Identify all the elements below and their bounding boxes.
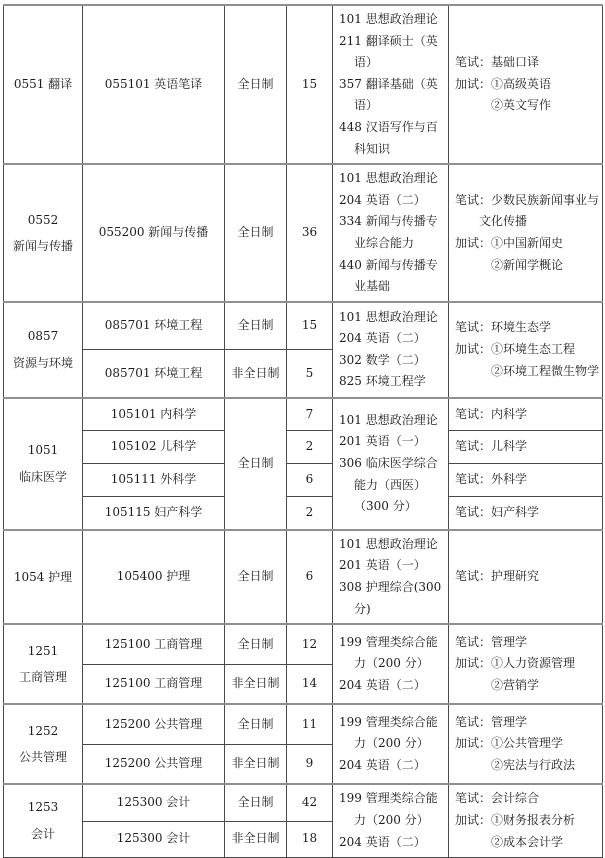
category-cell: 1253 会计 [4, 784, 83, 857]
category-line: 工商管理 [5, 664, 81, 690]
program-cell: 055101 英语笔译 [83, 5, 225, 164]
exam-subject-item: 199 管理类综合能力（200 分） [339, 632, 446, 675]
exam-subject-item: 204 英语（二） [339, 755, 446, 777]
retest-line: 笔试：护理研究 [455, 566, 600, 588]
retest-cell: 笔试：管理学 加试：①公共管理学 ②宪法与行政法 [449, 704, 603, 784]
program-cell: 125100 工商管理 [83, 624, 225, 664]
exam-subjects-cell: 199 管理类综合能力（200 分） 204 英语（二） [333, 784, 449, 857]
retest-line: 笔试：环境生态学 [455, 317, 600, 339]
exam-subject-item: 211 翻译硕士（英语） [339, 31, 446, 74]
program-cell: 105101 内科学 [83, 398, 225, 431]
study-mode-cell: 全日制 [225, 5, 287, 164]
admissions-table: 0551 翻译 055101 英语笔译 全日制 15 101 思想政治理论 21… [3, 4, 603, 858]
exam-subject-item: 101 思想政治理论 [339, 410, 446, 432]
retest-line: ②环境工程微生物学 [455, 361, 600, 383]
category-line: 资源与环境 [5, 350, 81, 376]
study-mode-cell: 非全日制 [225, 821, 287, 857]
category-line: 新闻与传播 [5, 233, 81, 259]
study-mode-cell: 非全日制 [225, 744, 287, 784]
category-line: 0551 翻译 [5, 71, 81, 97]
exam-subjects-cell: 199 管理类综合能力（200 分） 204 英语（二） [333, 624, 449, 704]
retest-cell: 笔试：会计综合 加试：①财务报表分析 ②成本会计学 [449, 784, 603, 857]
category-line: 1051 [5, 437, 81, 463]
retest-line: 笔试：妇产科学 [455, 502, 600, 524]
retest-cell: 笔试：环境生态学 加试：①环境生态工程 ②环境工程微生物学 [449, 302, 603, 398]
exam-subject-item: 201 英语（一） [339, 431, 446, 453]
table-row: 1054 护理 105400 护理 全日制 6 101 思想政治理论 201 英… [4, 530, 603, 624]
retest-line: 加试：①高级英语 [455, 74, 600, 96]
quota-cell: 15 [287, 302, 333, 350]
category-line: 0552 [5, 207, 81, 233]
quota-cell: 6 [287, 530, 333, 624]
program-cell: 055200 新闻与传播 [83, 164, 225, 302]
exam-subjects-cell: 199 管理类综合能力（200 分） 204 英语（二） [333, 704, 449, 784]
retest-cell: 笔试：管理学 加试：①人力资源管理 ②营销学 [449, 624, 603, 704]
table-row: 0857 资源与环境 085701 环境工程 全日制 15 101 思想政治理论… [4, 302, 603, 350]
retest-cell: 笔试：儿科学 [449, 431, 603, 464]
program-cell: 125100 工商管理 [83, 664, 225, 704]
category-cell: 1051 临床医学 [4, 398, 83, 530]
document-page: { "groups": [ { "category": ["0551 翻译"],… [0, 0, 605, 810]
study-mode-cell: 非全日制 [225, 350, 287, 398]
quota-cell: 12 [287, 624, 333, 664]
retest-line: 笔试：基础口译 [455, 52, 600, 74]
category-line: 会计 [5, 821, 81, 847]
program-cell: 125200 公共管理 [83, 744, 225, 784]
exam-subjects-cell: 101 思想政治理论 201 英语（一） 308 护理综合(300 分) [333, 530, 449, 624]
retest-line: 加试：①财务报表分析 [455, 810, 600, 832]
exam-subjects-cell: 101 思想政治理论 201 英语（一） 306 临床医学综合能力（西医）（30… [333, 398, 449, 530]
category-line: 0857 [5, 323, 81, 349]
program-cell: 105111 外科学 [83, 464, 225, 497]
quota-cell: 15 [287, 5, 333, 164]
exam-subjects-cell: 101 思想政治理论 204 英语（二） 302 数学（二） 825 环境工程学 [333, 302, 449, 398]
retest-line: 笔试：会计综合 [455, 788, 600, 810]
exam-subject-item: 101 思想政治理论 [339, 534, 446, 556]
table-row: 0551 翻译 055101 英语笔译 全日制 15 101 思想政治理论 21… [4, 5, 603, 164]
table-row: 1251 工商管理 125100 工商管理 全日制 12 199 管理类综合能力… [4, 624, 603, 664]
quota-cell: 18 [287, 821, 333, 857]
exam-subject-item: 308 护理综合(300 分) [339, 577, 446, 620]
program-cell: 125300 会计 [83, 821, 225, 857]
program-cell: 125300 会计 [83, 784, 225, 821]
table-row: 1252 公共管理 125200 公共管理 全日制 11 199 管理类综合能力… [4, 704, 603, 744]
category-cell: 1054 护理 [4, 530, 83, 624]
exam-subject-item: 101 思想政治理论 [339, 168, 446, 190]
quota-cell: 11 [287, 704, 333, 744]
category-cell: 0857 资源与环境 [4, 302, 83, 398]
table-row: 0552 新闻与传播 055200 新闻与传播 全日制 36 101 思想政治理… [4, 164, 603, 302]
exam-subject-item: 101 思想政治理论 [339, 307, 446, 329]
study-mode-cell: 全日制 [225, 530, 287, 624]
document-body: 0551 翻译 055101 英语笔译 全日制 15 101 思想政治理论 21… [0, 0, 605, 858]
exam-subject-item: 199 管理类综合能力（200 分） [339, 712, 446, 755]
exam-subject-item: 201 英语（一） [339, 555, 446, 577]
retest-cell: 笔试：少数民族新闻事业与 文化传播 加试：①中国新闻史 ②新闻学概论 [449, 164, 603, 302]
program-cell: 085701 环境工程 [83, 350, 225, 398]
quota-cell: 42 [287, 784, 333, 821]
category-line: 1253 [5, 794, 81, 820]
study-mode-cell: 非全日制 [225, 664, 287, 704]
exam-subject-item: 199 管理类综合能力（200 分） [339, 788, 446, 831]
retest-line: ②成本会计学 [455, 832, 600, 854]
retest-line: ②新闻学概论 [455, 255, 600, 277]
exam-subject-item: 825 环境工程学 [339, 371, 446, 393]
retest-cell: 笔试：妇产科学 [449, 497, 603, 530]
retest-line: 加试：①公共管理学 [455, 733, 600, 755]
retest-line: ②英文写作 [455, 95, 600, 117]
program-cell: 105400 护理 [83, 530, 225, 624]
quota-cell: 2 [287, 431, 333, 464]
study-mode-cell: 全日制 [225, 398, 287, 530]
exam-subject-item: 334 新闻与传播专业综合能力 [339, 211, 446, 254]
exam-subject-item: 440 新闻与传播专业基础 [339, 255, 446, 298]
retest-cell: 笔试：外科学 [449, 464, 603, 497]
retest-line: 加试：①环境生态工程 [455, 339, 600, 361]
retest-line: 笔试：管理学 [455, 712, 600, 734]
study-mode-cell: 全日制 [225, 704, 287, 744]
category-line: 公共管理 [5, 744, 81, 770]
retest-line: 笔试：少数民族新闻事业与 [455, 190, 600, 212]
exam-subject-item: 204 英语（二） [339, 190, 446, 212]
retest-line: 笔试：管理学 [455, 632, 600, 654]
retest-line: 笔试：外科学 [455, 469, 600, 491]
exam-subject-item: 204 英语（二） [339, 832, 446, 854]
program-cell: 125200 公共管理 [83, 704, 225, 744]
study-mode-cell: 全日制 [225, 784, 287, 821]
table-row: 105102 儿科学 2 笔试：儿科学 [4, 431, 603, 464]
quota-cell: 6 [287, 464, 333, 497]
exam-subject-item: 204 英语（二） [339, 675, 446, 697]
retest-line: ②营销学 [455, 675, 600, 697]
exam-subjects-cell: 101 思想政治理论 204 英语（二） 334 新闻与传播专业综合能力 440… [333, 164, 449, 302]
exam-subject-item: 448 汉语写作与百科知识 [339, 117, 446, 160]
quota-cell: 14 [287, 664, 333, 704]
program-cell: 105102 儿科学 [83, 431, 225, 464]
category-cell: 0552 新闻与传播 [4, 164, 83, 302]
quota-cell: 7 [287, 398, 333, 431]
retest-line: 文化传播 [455, 211, 600, 233]
program-cell: 105115 妇产科学 [83, 497, 225, 530]
quota-cell: 9 [287, 744, 333, 784]
exam-subject-item: 204 英语（二） [339, 328, 446, 350]
retest-line: 加试：①人力资源管理 [455, 653, 600, 675]
table-row: 105111 外科学 6 笔试：外科学 [4, 464, 603, 497]
program-cell: 085701 环境工程 [83, 302, 225, 350]
category-cell: 1252 公共管理 [4, 704, 83, 784]
retest-line: 加试：①中国新闻史 [455, 233, 600, 255]
study-mode-cell: 全日制 [225, 302, 287, 350]
exam-subjects-cell: 101 思想政治理论 211 翻译硕士（英语） 357 翻译基础（英语） 448… [333, 5, 449, 164]
retest-cell: 笔试：内科学 [449, 398, 603, 431]
study-mode-cell: 全日制 [225, 164, 287, 302]
table-row: 105115 妇产科学 2 笔试：妇产科学 [4, 497, 603, 530]
category-cell: 1251 工商管理 [4, 624, 83, 704]
category-line: 临床医学 [5, 464, 81, 490]
exam-subject-item: 101 思想政治理论 [339, 9, 446, 31]
retest-line: ②宪法与行政法 [455, 755, 600, 777]
exam-subject-item: 306 临床医学综合能力（西医）（300 分） [339, 453, 446, 518]
table-row: 1051 临床医学 105101 内科学 全日制 7 101 思想政治理论 20… [4, 398, 603, 431]
quota-cell: 36 [287, 164, 333, 302]
retest-line: 笔试：内科学 [455, 404, 600, 426]
exam-subject-item: 357 翻译基础（英语） [339, 74, 446, 117]
retest-cell: 笔试：基础口译 加试：①高级英语 ②英文写作 [449, 5, 603, 164]
table-row: 1253 会计 125300 会计 全日制 42 199 管理类综合能力（200… [4, 784, 603, 821]
retest-line: 笔试：儿科学 [455, 436, 600, 458]
quota-cell: 2 [287, 497, 333, 530]
category-line: 1251 [5, 638, 81, 664]
study-mode-cell: 全日制 [225, 624, 287, 664]
category-cell: 0551 翻译 [4, 5, 83, 164]
exam-subject-item: 302 数学（二） [339, 350, 446, 372]
quota-cell: 5 [287, 350, 333, 398]
category-line: 1054 护理 [5, 564, 81, 590]
retest-cell: 笔试：护理研究 [449, 530, 603, 624]
category-line: 1252 [5, 718, 81, 744]
